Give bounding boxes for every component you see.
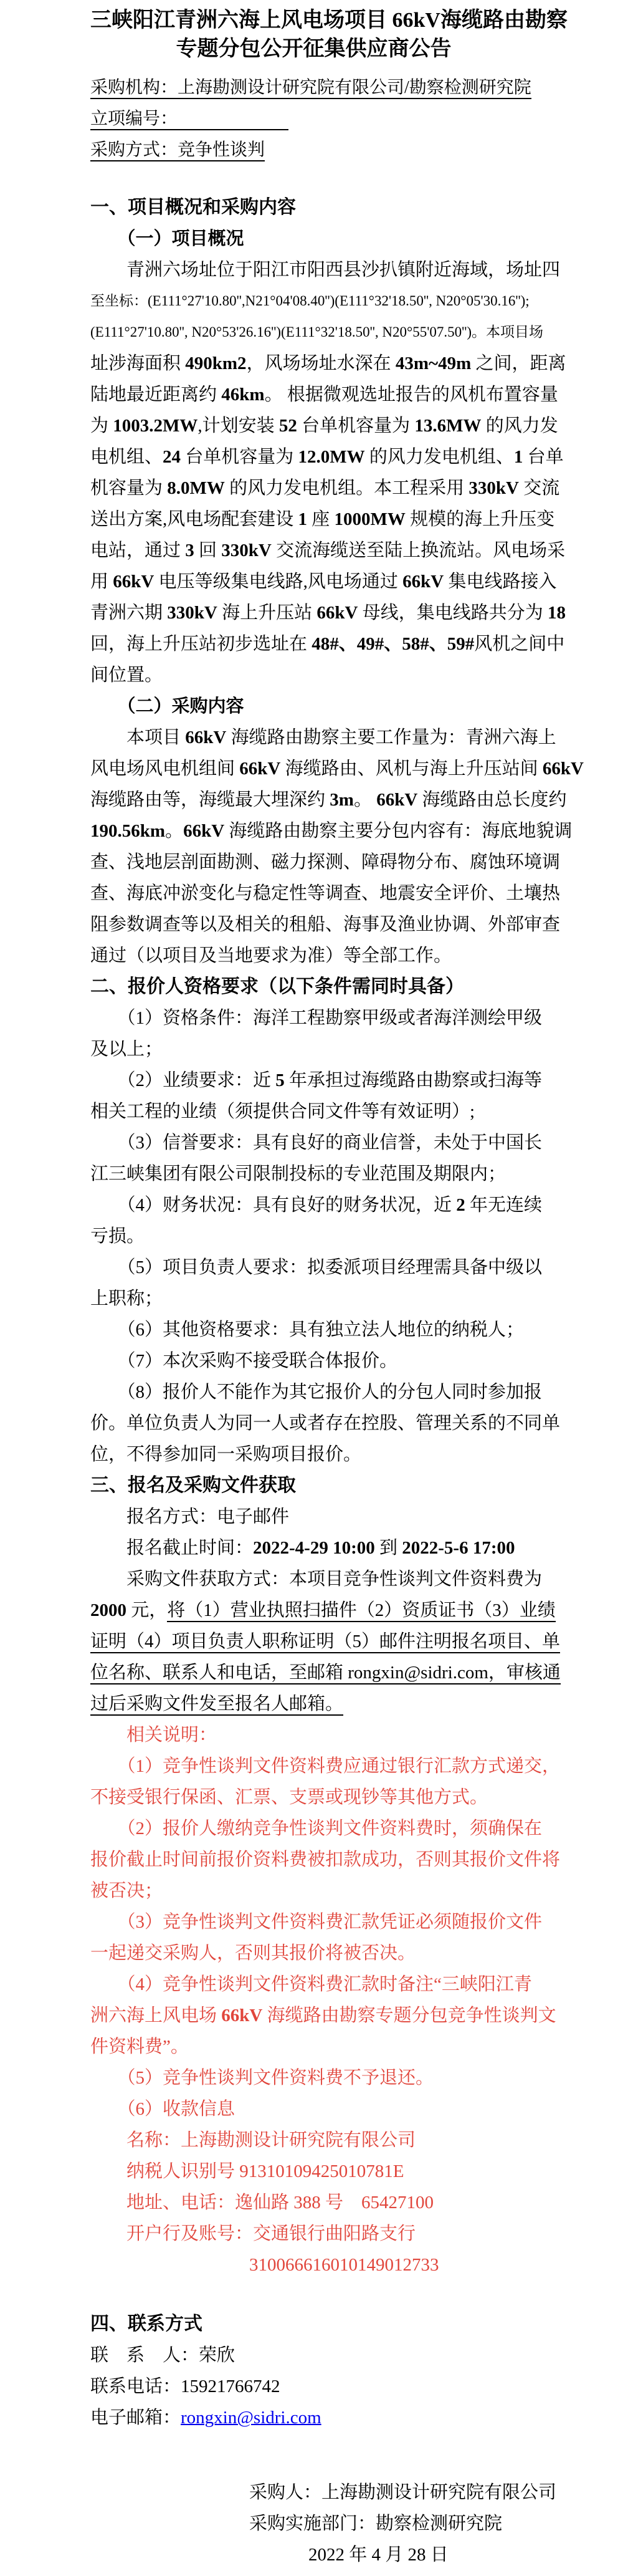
section3-lines: 报名方式：电子邮件 报名截止时间：2022-4-29 10:00 到 2022-… — [90, 1501, 537, 1595]
section3-underlined-lines: 证明（4）项目负责人职称证明（5）邮件注明报名项目、单位名称、联系人和电话，至邮… — [90, 1626, 537, 1719]
text-line: 电站，通过 3 回 330kV 交流海缆送至陆上换流站。风电场采 — [90, 535, 537, 566]
email-link[interactable]: rongxin@sidri.com — [181, 2408, 321, 2428]
text-line: 电机组、24 台单机容量为 12.0MW 的风力发电机组、1 台单 — [90, 441, 537, 473]
text-line: 一起递交采购人，否则其报价将被否决。 — [90, 1938, 537, 1969]
contact-email-line: 电子邮箱：rongxin@sidri.com — [90, 2402, 537, 2433]
text-line: 名称：上海勘测设计研究院有限公司 — [90, 2125, 537, 2156]
text-line: 通过（以项目及当地要求为准）等全部工作。 — [90, 940, 537, 971]
text-line: 件资料费”。 — [90, 2031, 537, 2062]
page-title-line2: 专题分包公开征集供应商公告 — [90, 35, 537, 64]
text-line: 采购实施部门：勘察检测研究院 — [90, 2508, 537, 2539]
text-line: 纳税人识别号 91310109425010781E — [90, 2156, 537, 2187]
text-line: 海缆路由等，海缆最大埋深约 3m。 66kV 海缆路由总长度约 — [90, 784, 537, 815]
meta-method-text: 采购方式：竞争性谈判 — [90, 140, 265, 161]
text-line: （5）竞争性谈判文件资料费不予退还。 — [90, 2062, 537, 2093]
bank-account-number: 310066616010149012733 — [90, 2249, 537, 2280]
text-line: 证明（4）项目负责人职称证明（5）邮件注明报名项目、单 — [90, 1626, 537, 1657]
text-line: （4）竞争性谈判文件资料费汇款时备注“三峡阳江青 — [90, 1969, 537, 2000]
bank-info-block: 名称：上海勘测设计研究院有限公司 纳税人识别号 9131010942501078… — [90, 2125, 537, 2249]
text-line: 为 1003.2MW,计划安装 52 台单机容量为 13.6MW 的风力发 — [90, 410, 537, 441]
text-line: 采购文件获取方式：本项目竞争性谈判文件资料费为 — [90, 1564, 537, 1595]
text-line: 位，不得参加同一采购项目报价。 — [90, 1439, 537, 1470]
text-line: 190.56km。66kV 海缆路由勘察主要分包内容有：海底地貌调 — [90, 815, 537, 847]
text-line: 上职称； — [90, 1283, 537, 1314]
signature-block: 采购人：上海勘测设计研究院有限公司采购实施部门：勘察检测研究院 — [90, 2477, 537, 2539]
text-line: 查、海底冲淤变化与稳定性等调查、地震安全评价、土壤热 — [90, 878, 537, 909]
contact-lines: 联 系 人：荣欣联系电话：15921766742 — [90, 2340, 537, 2402]
text-line: 送出方案,风电场配套建设 1 座 1000MW 规模的海上升压变 — [90, 504, 537, 535]
text-line: 风电场风电机组间 66kV 海缆路由、风机与海上升压站间 66kV — [90, 753, 537, 784]
text-line: 过后采购文件发至报名人邮箱。 — [90, 1688, 537, 1719]
meta-agency-text: 采购机构：上海勘测设计研究院有限公司/勘察检测研究院 — [90, 78, 531, 99]
section4-heading: 四、联系方式 — [90, 2309, 537, 2340]
section1-heading: 一、项目概况和采购内容 — [90, 192, 537, 223]
fee-underlined-text: 将（1）营业执照扫描件（2）资质证书（3）业绩 — [167, 1600, 556, 1622]
text-line: 回，海上升压站初步选址在 48#、49#、58#、59#风机之间中 — [90, 628, 537, 660]
section1-sub2-heading: （二）采购内容 — [90, 691, 537, 722]
text-line: 阻参数调查等以及相关的租船、海事及渔业协调、外部审查 — [90, 909, 537, 940]
text-line: （3）信誉要求：具有良好的商业信誉，未处于中国长 — [90, 1127, 537, 1158]
announcement-date: 2022 年 4 月 28 日 — [90, 2539, 537, 2570]
text-line: 陆地最近距离约 46km。 根据微观选址报告的风机布置容量 — [90, 379, 537, 410]
text-line: 报价截止时间前报价资料费被扣款成功，否则其报价文件将 — [90, 1844, 537, 1875]
text-line: 青洲六场址位于阳江市阳西县沙扒镇附近海域，场址四 — [90, 254, 537, 286]
text-line: 报名方式：电子邮件 — [90, 1501, 537, 1532]
text-line: 地址、电话：逸仙路 388 号 65427100 — [90, 2187, 537, 2218]
fee-line: 2000 元，将（1）营业执照扫描件（2）资质证书（3）业绩 — [90, 1595, 537, 1626]
text-line: （5）项目负责人要求：拟委派项目经理需具备中级以 — [90, 1252, 537, 1283]
section1-sub1-heading: （一）项目概况 — [90, 223, 537, 254]
text-line: 价。单位负责人为同一人或者存在控股、管理关系的不同单 — [90, 1408, 537, 1439]
section2-items: （1）资格条件：海洋工程勘察甲级或者海洋测绘甲级及以上； （2）业绩要求：近 5… — [90, 1002, 537, 1470]
text-line: （8）报价人不能作为其它报价人的分包人同时参加报 — [90, 1377, 537, 1408]
text-line: 开户行及账号：交通银行曲阳路支行 — [90, 2218, 537, 2249]
section2-heading: 二、报价人资格要求（以下条件需同时具备） — [90, 971, 537, 1002]
text-line: 相关说明： — [90, 1719, 537, 1751]
text-line: 联系电话：15921766742 — [90, 2371, 537, 2402]
text-line: 位名称、联系人和电话，至邮箱 rongxin@sidri.com，审核通 — [90, 1657, 537, 1688]
text-line: 用 66kV 电压等级集电线路,风电场通过 66kV 集电线路接入 — [90, 566, 537, 597]
section1-paragraph2: 本项目 66kV 海缆路由勘察主要工作量为：青洲六海上风电场风电机组间 66kV… — [90, 722, 537, 971]
meta-agency: 采购机构：上海勘测设计研究院有限公司/勘察检测研究院 — [90, 72, 537, 103]
text-line: 洲六海上风电场 66kV 海缆路由勘察专题分包竞争性谈判文 — [90, 2000, 537, 2031]
meta-project-no: 立项编号： — [90, 103, 537, 135]
text-line: 青洲六期 330kV 海上升压站 66kV 母线，集电线路共分为 18 — [90, 597, 537, 628]
text-line: 机容量为 8.0MW 的风力发电机组。本工程采用 330kV 交流 — [90, 473, 537, 504]
section3-heading: 三、报名及采购文件获取 — [90, 1470, 537, 1501]
fee-prefix: 2000 元， — [90, 1600, 167, 1620]
text-line: （6）收款信息 — [90, 2093, 537, 2125]
announcement-document: 三峡阳江青洲六海上风电场项目 66kV海缆路由勘察 专题分包公开征集供应商公告 … — [0, 0, 623, 2570]
text-line: （7）本次采购不接受联合体报价。 — [90, 1345, 537, 1377]
text-line: （4）财务状况：具有良好的财务状况，近 2 年无连续 — [90, 1189, 537, 1221]
meta-method: 采购方式：竞争性谈判 — [90, 135, 537, 166]
text-line: 联 系 人：荣欣 — [90, 2340, 537, 2371]
text-line: （3）竞争性谈判文件资料费汇款凭证必须随报价文件 — [90, 1906, 537, 1938]
text-line: 报名截止时间：2022-4-29 10:00 到 2022-5-6 17:00 — [90, 1532, 537, 1564]
contact-email-label: 电子邮箱： — [90, 2408, 181, 2428]
page-title-line1: 三峡阳江青洲六海上风电场项目 66kV海缆路由勘察 — [90, 6, 537, 35]
text-line: 被否决； — [90, 1875, 537, 1906]
text-line: 至坐标：(E111°27'10.80'',N21°04'08.40'')(E11… — [90, 286, 537, 317]
meta-block: 采购机构：上海勘测设计研究院有限公司/勘察检测研究院 立项编号： 采购方式：竞争… — [90, 72, 537, 166]
text-line: 不接受银行保函、汇票、支票或现钞等其他方式。 — [90, 1782, 537, 1813]
text-line: （2）报价人缴纳竞争性谈判文件资料费时，须确保在 — [90, 1813, 537, 1844]
text-line: 间位置。 — [90, 660, 537, 691]
section1-paragraph1: 青洲六场址位于阳江市阳西县沙扒镇附近海域，场址四至坐标：(E111°27'10.… — [90, 254, 537, 691]
text-line: (E111°27'10.80'', N20°53'26.16'')(E111°3… — [90, 317, 537, 348]
text-line: 相关工程的业绩（须提供合同文件等有效证明）; — [90, 1096, 537, 1127]
text-line: 址涉海面积 490km2，风场场址水深在 43m~49m 之间，距离 — [90, 348, 537, 379]
meta-project-no-blank — [178, 118, 288, 135]
text-line: 及以上； — [90, 1034, 537, 1065]
text-line: 查、浅地层剖面勘测、磁力探测、障碍物分布、腐蚀环境调 — [90, 847, 537, 878]
text-line: 本项目 66kV 海缆路由勘察主要工作量为：青洲六海上 — [90, 722, 537, 753]
text-line: （1）竞争性谈判文件资料费应通过银行汇款方式递交， — [90, 1751, 537, 1782]
text-line: （6）其他资格要求：具有独立法人地位的纳税人； — [90, 1314, 537, 1345]
notes-block: 相关说明： （1）竞争性谈判文件资料费应通过银行汇款方式递交，不接受银行保函、汇… — [90, 1719, 537, 2125]
meta-project-no-label: 立项编号： — [90, 109, 178, 128]
text-line: （2）业绩要求：近 5 年承担过海缆路由勘察或扫海等 — [90, 1065, 537, 1096]
text-line: 江三峡集团有限公司限制投标的专业范围及期限内； — [90, 1158, 537, 1189]
text-line: （1）资格条件：海洋工程勘察甲级或者海洋测绘甲级 — [90, 1002, 537, 1034]
text-line: 亏损。 — [90, 1221, 537, 1252]
text-line: 采购人：上海勘测设计研究院有限公司 — [90, 2477, 537, 2508]
